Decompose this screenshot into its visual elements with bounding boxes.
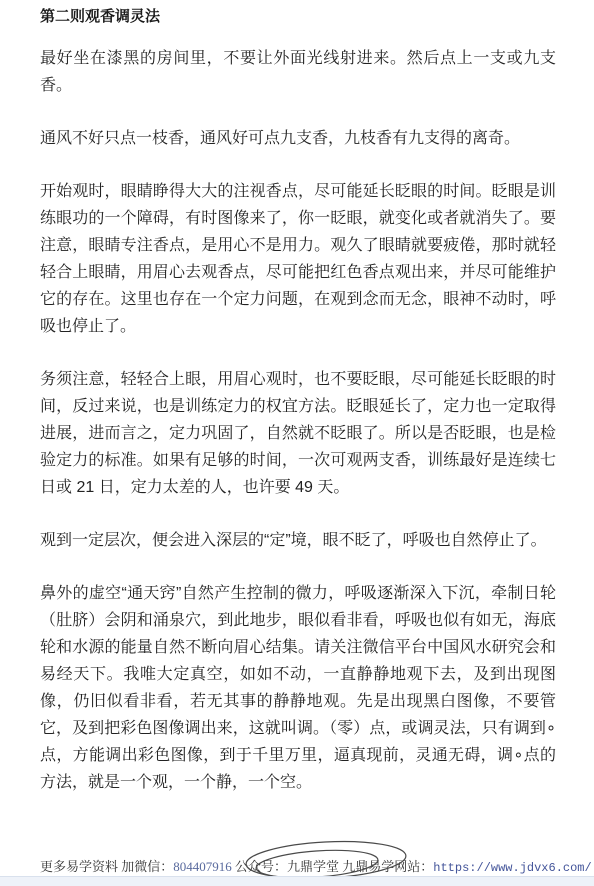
- paragraph-4: 务须注意，轻轻合上眼，用眉心观时，也不要眨眼，尽可能延长眨眼的时间，反过来说，也…: [40, 366, 556, 501]
- paragraph-2: 通风不好只点一枝香，通风好可点九支香，九枝香有九支得的离奇。: [40, 125, 556, 152]
- page-title: 第二则观香调灵法: [40, 6, 556, 28]
- paragraph-5: 观到一定层次，便会进入深层的“定”境，眼不眨了，呼吸也自然停止了。: [40, 527, 556, 554]
- footer-info-prefix: 更多易学资料 加微信：: [40, 859, 173, 874]
- wechat-id-text: 804407916: [173, 859, 232, 874]
- document-body: 第二则观香调灵法 最好坐在漆黑的房间里，不要让外面光线射进来。然后点上一支或九支…: [40, 6, 556, 822]
- footer-note: 更多易学资料 加微信：804407916 公众号：九鼎学堂 九鼎易学网站：htt…: [40, 858, 580, 877]
- footer-info-middle: 公众号：九鼎学堂 九鼎易学网站：: [232, 859, 434, 874]
- website-url-link[interactable]: https://www.jdvx6.com/: [433, 861, 591, 875]
- paragraph-1: 最好坐在漆黑的房间里，不要让外面光线射进来。然后点上一支或九支香。: [40, 45, 556, 99]
- paragraph-6: 鼻外的虚空“通天窍”自然产生控制的微力，呼吸逐渐深入下沉，牵制日轮（肚脐）会阴和…: [40, 580, 556, 796]
- document-page: 第二则观香调灵法 最好坐在漆黑的房间里，不要让外面光线射进来。然后点上一支或九支…: [0, 0, 594, 886]
- paragraph-3: 开始观时，眼睛睁得大大的注视香点，尽可能延长眨眼的时间。眨眼是训练眼功的一个障碍…: [40, 178, 556, 340]
- window-edge-strip: [0, 876, 594, 886]
